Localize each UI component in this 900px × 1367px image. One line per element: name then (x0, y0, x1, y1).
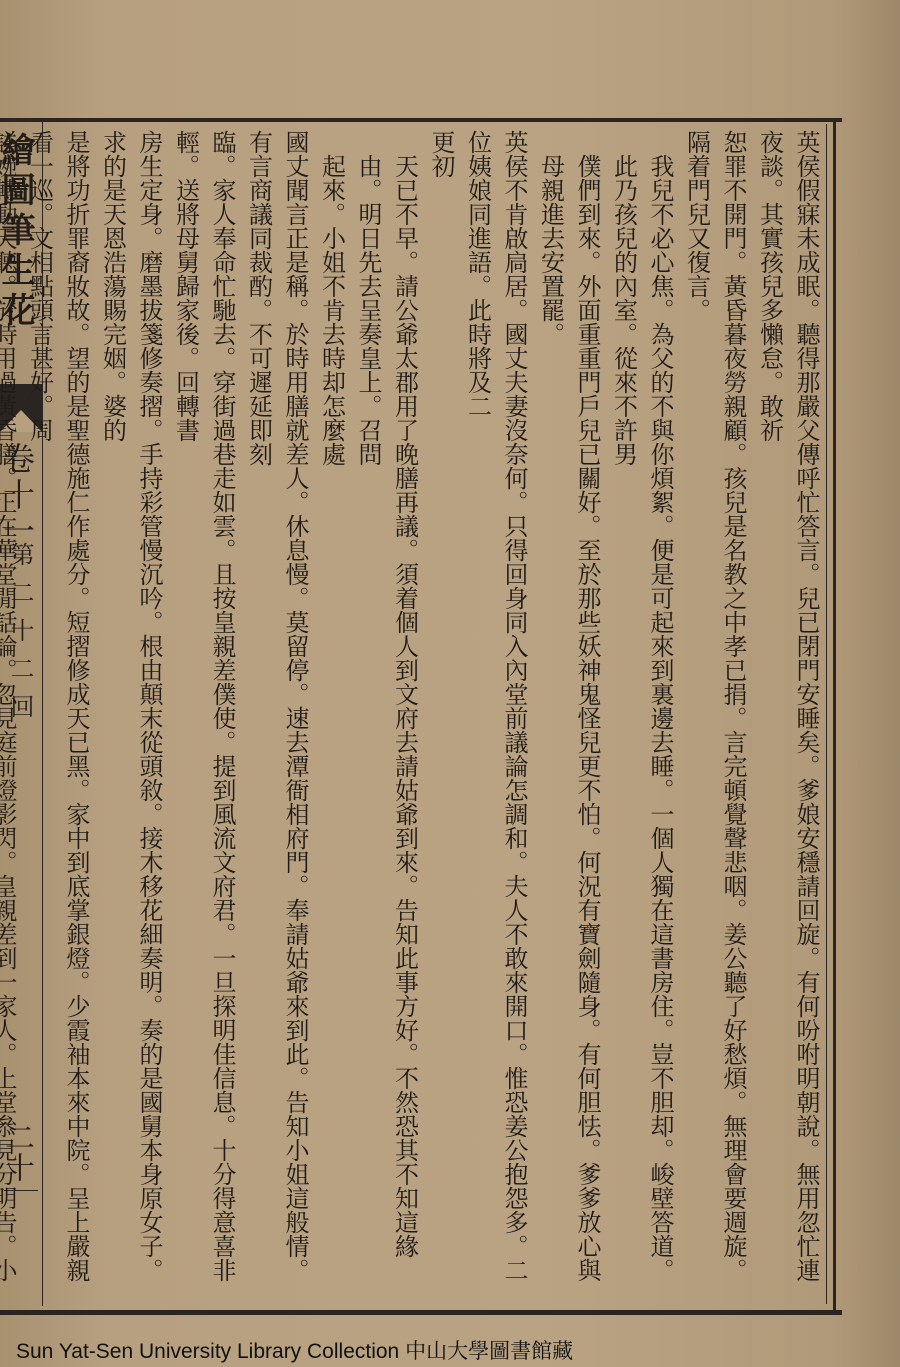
text-column: 更初 (423, 130, 460, 1300)
library-caption: Sun Yat-Sen University Library Collectio… (16, 1335, 573, 1365)
text-column: 僕們到來。外面重重門戶兒已關好。至於那些妖神鬼怪兒更不怕。何況有寶劍隨身。有何胆… (532, 130, 605, 1300)
main-text-body: 英侯假寐未成眠。聽得那嚴父傳呼忙答言。兒已閉門安睡矣。爹娘安穩請回旋。有何吩咐明… (48, 130, 824, 1300)
text-column: 詳婉轉動天聽。於時用過黃昏膳。正在華堂閒話論。忽見庭前燈影閃。皇親差到一家人。上… (0, 130, 21, 1300)
page-frame-inner-line (826, 124, 827, 1304)
text-column: 英侯假寐未成眠。聽得那嚴父傳呼忙答言。兒已閉門安睡矣。爹娘安穩請回旋。有何吩咐明… (751, 130, 824, 1300)
text-column: 英侯不肯啟扃居。國丈夫妻沒奈何。只得回身同入內堂前議論怎調和。夫人不敢來開口。惟… (459, 130, 532, 1300)
text-column: 起來。小姐不肯去時却怎麼處 (313, 130, 350, 1300)
scan-edge-shadow (840, 0, 900, 1367)
text-column: 房生定身。磨墨拔箋修奏摺。手持彩管慢沉吟。根由顛末從頭敘。接木移花細奏明。奏的是… (94, 130, 167, 1300)
text-column: 天已不早。請公爺太郡用了晚膳再議。須着個人到文府去請姑爺到來。告知此事方好。不然… (350, 130, 423, 1300)
text-column: 臨。家人奉命忙馳去。穿街過巷走如雲。且按皇親差僕使。提到風流文府君。一旦探明佳信… (167, 130, 240, 1300)
text-column: 國丈聞言正是稱。於時用膳就差人。休息慢。莫留停。速去潭衙相府門。奉請姑爺來到此。… (240, 130, 313, 1300)
text-column: 恕罪不開門。黃昏暮夜勞親顧。孩兒是名教之中孝已捐。言完頓覺聲悲咽。姜公聽了好愁煩… (678, 130, 751, 1300)
text-column: 我兒不必心焦。為父的不與你煩絮。便是可起來到裏邊去睡。一個人獨在這書房住。豈不胆… (605, 130, 678, 1300)
text-column: 是將功折罪裔妝故。望的是聖德施仁作處分。短摺修成天已黑。家中到底掌銀燈。少霞袖本… (21, 130, 94, 1300)
book-page: 繪圖筆生花 卷十一 第二十二回 二十 英侯假寐未成眠。聽得那嚴父傳呼忙答言。兒已… (0, 0, 900, 1367)
page-frame-right-border (833, 118, 836, 1311)
